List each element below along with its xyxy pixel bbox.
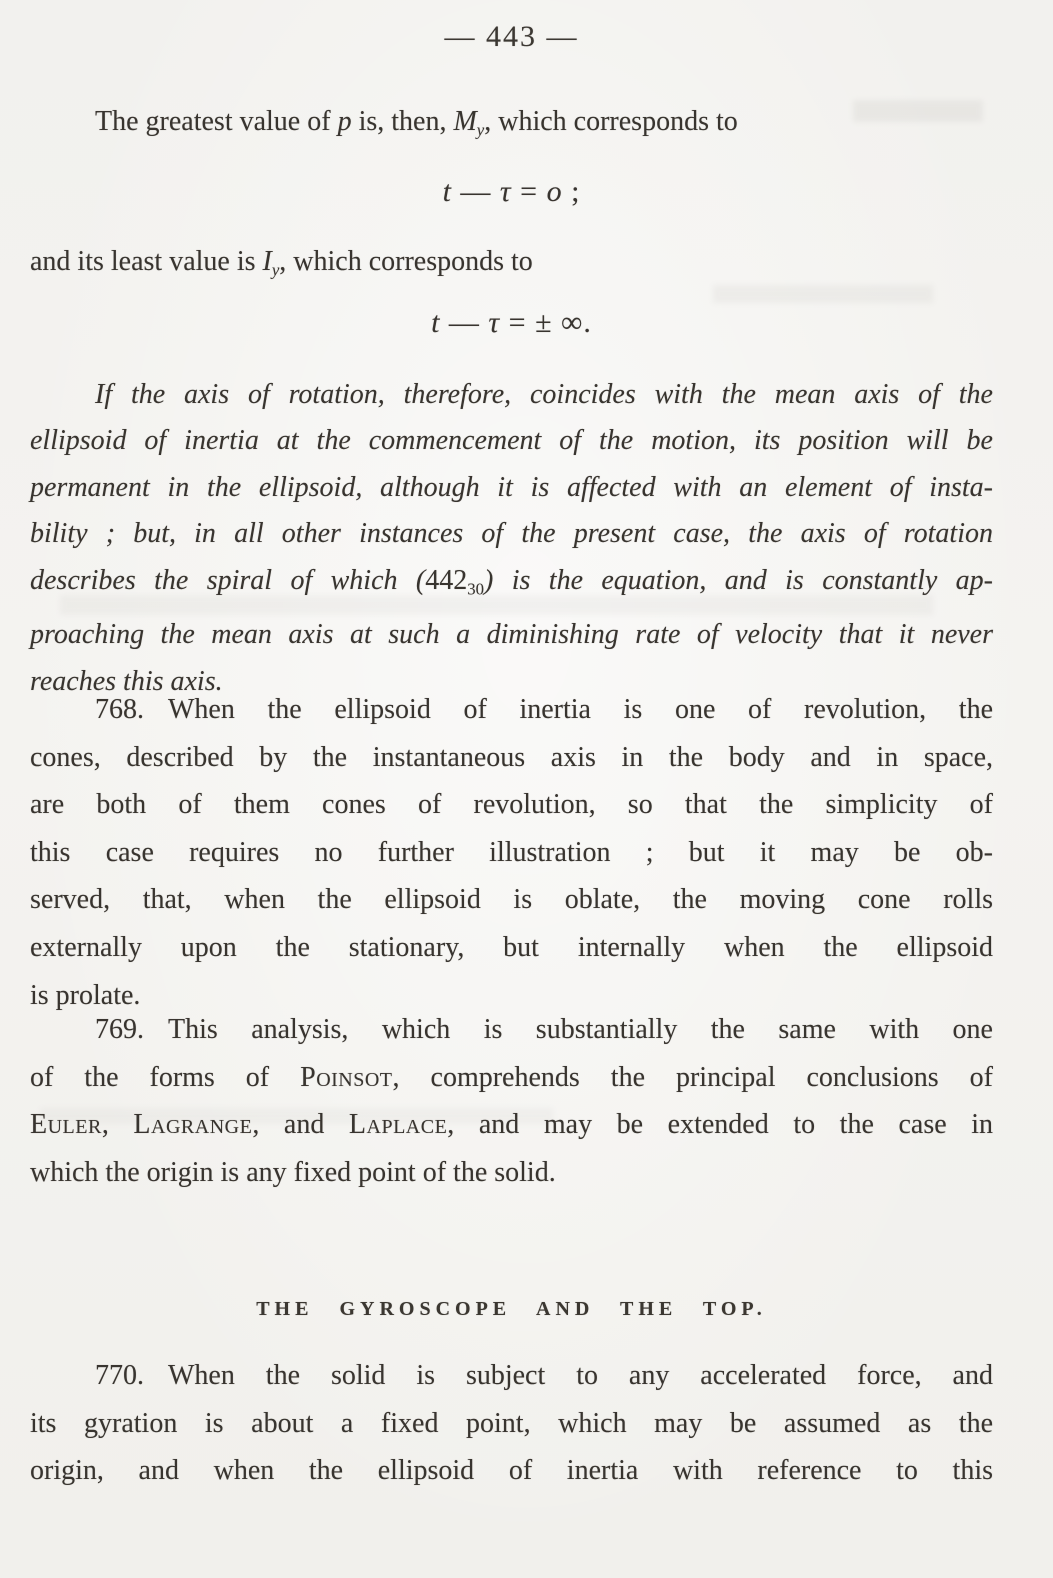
text-line: 768.When the ellipsoid of inertia is one… <box>30 686 993 734</box>
page-number: — 443 — <box>30 16 993 58</box>
text-line: cones, described by the instantaneous ax… <box>30 734 993 782</box>
paragraph-770: 770.When the solid is subject to any acc… <box>30 1352 993 1495</box>
text-line: If the axis of rotation, therefore, coin… <box>30 372 993 418</box>
text-line: permanent in the ellipsoid, although it … <box>30 465 993 511</box>
text-line: Euler, Lagrange, and Laplace, and may be… <box>30 1101 993 1149</box>
text-line: origin, and when the ellipsoid of inerti… <box>30 1447 993 1495</box>
italic-paragraph: If the axis of rotation, therefore, coin… <box>30 372 993 705</box>
text-line: are both of them cones of revolution, so… <box>30 781 993 829</box>
text-line: this case requires no further illustrati… <box>30 829 993 877</box>
text-line: of the forms of Poinsot, comprehends the… <box>30 1054 993 1102</box>
text-line: proaching the mean axis at such a dimini… <box>30 612 993 658</box>
equation-t-tau-infinity: t — τ = ± ∞. <box>30 299 993 346</box>
paragraph-769: 769.This analysis, which is substantiall… <box>30 1006 993 1196</box>
intro-paragraph: The greatest value of p is, then, My, wh… <box>30 98 993 154</box>
text-line: describes the spiral of which (44230) is… <box>30 558 993 613</box>
section-heading-gyroscope-and-top: THE GYROSCOPE AND THE TOP. <box>30 1293 993 1325</box>
paragraph-768: 768.When the ellipsoid of inertia is one… <box>30 686 993 1019</box>
text-line: which the origin is any fixed point of t… <box>30 1149 993 1197</box>
scanned-book-page: — 443 — The greatest value of p is, then… <box>0 0 1053 1578</box>
text-line: served, that, when the ellipsoid is obla… <box>30 876 993 924</box>
text-line: and its least value is Iy, which corresp… <box>30 238 993 294</box>
equation-t-tau-zero: t — τ = o ; <box>30 168 993 215</box>
text-line: its gyration is about a fixed point, whi… <box>30 1400 993 1448</box>
text-line: 770.When the solid is subject to any acc… <box>30 1352 993 1400</box>
text-line: bility ; but, in all other instances of … <box>30 511 993 557</box>
text-line: externally upon the stationary, but inte… <box>30 924 993 972</box>
intro-paragraph-continued: and its least value is Iy, which corresp… <box>30 238 993 294</box>
text-line: ellipsoid of inertia at the commencement… <box>30 418 993 464</box>
text-line: The greatest value of p is, then, My, wh… <box>30 98 993 154</box>
text-line: 769.This analysis, which is substantiall… <box>30 1006 993 1054</box>
